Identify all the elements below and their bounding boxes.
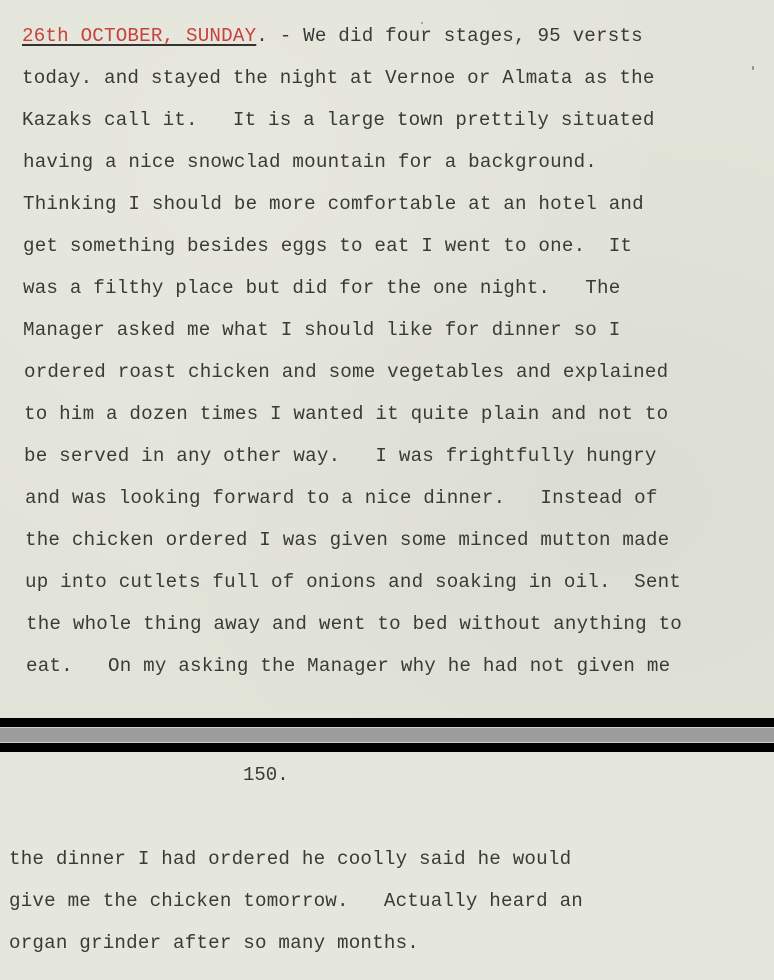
paper-speck	[752, 66, 754, 70]
diary-line: Kazaks call it. It is a large town prett…	[22, 109, 655, 131]
diary-text-bottom: the dinner I had ordered he coolly said …	[9, 752, 769, 980]
page-bottom: 150. the dinner I had ordered he coolly …	[0, 752, 774, 980]
diary-text-top: 26th OCTOBER, SUNDAY. - We did four stag…	[22, 0, 774, 718]
diary-line: Thinking I should be more comfortable at…	[23, 193, 644, 215]
diary-line: be served in any other way. I was fright…	[24, 445, 657, 467]
diary-line: ordered roast chicken and some vegetable…	[24, 361, 668, 383]
diary-line: give me the chicken tomorrow. Actually h…	[9, 890, 583, 912]
diary-line: Manager asked me what I should like for …	[23, 319, 620, 341]
diary-line: was a filthy place but did for the one n…	[23, 277, 620, 299]
diary-line: get something besides eggs to eat I went…	[23, 235, 632, 257]
diary-line: the whole thing away and went to bed wit…	[26, 613, 682, 635]
diary-line: and was looking forward to a nice dinner…	[25, 487, 658, 509]
diary-line: the dinner I had ordered he coolly said …	[9, 848, 571, 870]
diary-line: eat. On my asking the Manager why he had…	[26, 655, 670, 677]
diary-line: to him a dozen times I wanted it quite p…	[24, 403, 668, 425]
diary-line: today. and stayed the night at Vernoe or…	[22, 67, 655, 89]
page-separator-band	[0, 727, 774, 743]
first-line-rest: . - We did four stages, 95 versts	[256, 25, 643, 47]
diary-line: up into cutlets full of onions and soaki…	[25, 571, 681, 593]
diary-line: organ grinder after so many months.	[9, 932, 419, 954]
paper-speck	[421, 22, 423, 24]
diary-line: the chicken ordered I was given some min…	[25, 529, 669, 551]
diary-line-first: 26th OCTOBER, SUNDAY. - We did four stag…	[22, 25, 643, 47]
page-separator	[0, 718, 774, 752]
diary-line: having a nice snowclad mountain for a ba…	[23, 151, 597, 173]
page-top: 26th OCTOBER, SUNDAY. - We did four stag…	[0, 0, 774, 718]
date-heading: 26th OCTOBER, SUNDAY	[22, 25, 256, 47]
